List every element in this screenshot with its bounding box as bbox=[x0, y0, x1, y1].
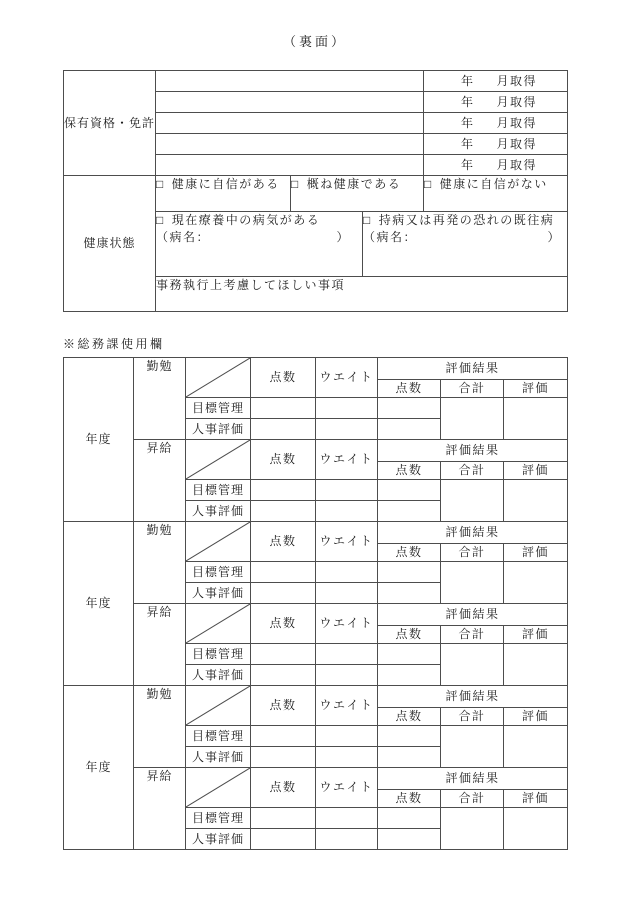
input-cell[interactable] bbox=[251, 583, 316, 604]
diagonal-line-icon bbox=[186, 522, 250, 561]
score-header: 点数 bbox=[251, 604, 316, 644]
grade-input-cell[interactable] bbox=[504, 726, 568, 768]
condition-label: 現在療養中の病気がある bbox=[172, 213, 321, 227]
input-cell[interactable] bbox=[316, 419, 378, 440]
grade-header: 評価 bbox=[504, 626, 568, 644]
weight-header: ウエイト bbox=[316, 358, 378, 398]
input-cell[interactable] bbox=[378, 829, 441, 850]
input-cell[interactable] bbox=[251, 562, 316, 583]
grade-header: 評価 bbox=[504, 380, 568, 398]
total-header: 合計 bbox=[441, 790, 504, 808]
score-header: 点数 bbox=[251, 440, 316, 480]
input-cell[interactable] bbox=[251, 644, 316, 665]
grade-input-cell[interactable] bbox=[504, 644, 568, 686]
input-cell[interactable] bbox=[316, 583, 378, 604]
input-cell[interactable] bbox=[251, 501, 316, 522]
row-label-personnel-evaluation: 人事評価 bbox=[186, 583, 251, 604]
disease-name-close: ） bbox=[548, 229, 562, 246]
acquired-date-cell[interactable]: 年月取得 bbox=[424, 71, 568, 92]
health-option-label: 健康に自信がある bbox=[172, 177, 280, 191]
disease-name-field[interactable]: （病名：） bbox=[156, 229, 362, 246]
page-title: （裏面） bbox=[0, 31, 630, 50]
disease-name-open: （病名： bbox=[156, 229, 210, 246]
input-cell[interactable] bbox=[251, 480, 316, 501]
month-acquired-label: 月取得 bbox=[497, 136, 538, 153]
total-input-cell[interactable] bbox=[441, 398, 504, 440]
input-cell[interactable] bbox=[316, 665, 378, 686]
weight-header: ウエイト bbox=[316, 686, 378, 726]
disease-name-field[interactable]: （病名：） bbox=[363, 229, 567, 246]
year-label: 年 bbox=[461, 115, 475, 132]
result-header: 評価結果 bbox=[378, 604, 568, 626]
year-label-cell: 年度 bbox=[64, 686, 134, 850]
score-header: 点数 bbox=[251, 358, 316, 398]
note-label: 事務執行上考慮してほしい事項 bbox=[156, 278, 345, 292]
condition-text: □現在療養中の病気がある bbox=[156, 212, 362, 229]
diagonal-header-cell bbox=[186, 686, 251, 726]
year-label-cell: 年度 bbox=[64, 522, 134, 686]
group-label-raise: 昇給 bbox=[134, 440, 186, 522]
total-input-cell[interactable] bbox=[441, 808, 504, 850]
eval-header-row: 昇給 点数 ウエイト 評価結果 bbox=[64, 604, 568, 626]
result-score-header: 点数 bbox=[378, 626, 441, 644]
month-acquired-label: 月取得 bbox=[497, 94, 538, 111]
diagonal-line-icon bbox=[186, 440, 250, 479]
diagonal-line-icon bbox=[186, 604, 250, 643]
total-input-cell[interactable] bbox=[441, 562, 504, 604]
input-cell[interactable] bbox=[316, 562, 378, 583]
score-header: 点数 bbox=[251, 686, 316, 726]
eval-header-row: 年度 勤勉 点数 ウエイト 評価結果 bbox=[64, 522, 568, 544]
grade-header: 評価 bbox=[504, 708, 568, 726]
total-input-cell[interactable] bbox=[441, 644, 504, 686]
input-cell[interactable] bbox=[378, 808, 441, 829]
row-label-goal-management: 目標管理 bbox=[186, 726, 251, 747]
qualification-input-cell[interactable] bbox=[156, 71, 424, 92]
acquired-date-text: 年月取得 bbox=[424, 157, 567, 174]
diagonal-header-cell bbox=[186, 604, 251, 644]
row-label-goal-management: 目標管理 bbox=[186, 808, 251, 829]
grade-input-cell[interactable] bbox=[504, 398, 568, 440]
input-cell[interactable] bbox=[251, 808, 316, 829]
result-header: 評価結果 bbox=[378, 358, 568, 380]
diagonal-header-cell bbox=[186, 522, 251, 562]
total-header: 合計 bbox=[441, 626, 504, 644]
form-page: （裏面） 保有資格・免許 年月取得 年月取得 bbox=[0, 0, 630, 903]
grade-input-cell[interactable] bbox=[504, 562, 568, 604]
acquired-date-text: 年月取得 bbox=[424, 94, 567, 111]
row-label-goal-management: 目標管理 bbox=[186, 398, 251, 419]
checkbox-icon[interactable]: □ bbox=[363, 213, 372, 227]
result-header: 評価結果 bbox=[378, 440, 568, 462]
result-header: 評価結果 bbox=[378, 522, 568, 544]
input-cell[interactable] bbox=[316, 480, 378, 501]
admin-evaluation-table: 年度 勤勉 点数 ウエイト 評価結果 点数 合計 評価 目標管理 人事評価 bbox=[63, 357, 568, 850]
personal-info-table: 保有資格・免許 年月取得 年月取得 年月取得 bbox=[63, 70, 568, 312]
diagonal-line-icon bbox=[186, 686, 250, 725]
input-cell[interactable] bbox=[378, 747, 441, 768]
total-header: 合計 bbox=[441, 462, 504, 480]
disease-name-open: （病名： bbox=[363, 229, 417, 246]
diagonal-header-cell bbox=[186, 358, 251, 398]
condition-chronic-illness: □持病又は再発の恐れの既往病 （病名：） bbox=[363, 212, 568, 277]
input-cell[interactable] bbox=[378, 480, 441, 501]
group-label-diligence: 勤勉 bbox=[134, 522, 186, 604]
score-header: 点数 bbox=[251, 768, 316, 808]
input-cell[interactable] bbox=[378, 726, 441, 747]
eval-header-row: 昇給 点数 ウエイト 評価結果 bbox=[64, 440, 568, 462]
acquired-date-cell[interactable]: 年月取得 bbox=[424, 92, 568, 113]
input-cell[interactable] bbox=[251, 747, 316, 768]
input-cell[interactable] bbox=[378, 583, 441, 604]
row-label-goal-management: 目標管理 bbox=[186, 562, 251, 583]
qualifications-label: 保有資格・免許 bbox=[64, 71, 156, 176]
result-score-header: 点数 bbox=[378, 708, 441, 726]
grade-input-cell[interactable] bbox=[504, 808, 568, 850]
total-header: 合計 bbox=[441, 380, 504, 398]
diagonal-line-icon bbox=[186, 358, 250, 397]
row-label-personnel-evaluation: 人事評価 bbox=[186, 829, 251, 850]
acquired-date-text: 年月取得 bbox=[424, 73, 567, 90]
input-cell[interactable] bbox=[316, 808, 378, 829]
grade-header: 評価 bbox=[504, 544, 568, 562]
year-label: 年 bbox=[461, 94, 475, 111]
input-cell[interactable] bbox=[378, 398, 441, 419]
qualification-input-cell[interactable] bbox=[156, 92, 424, 113]
month-acquired-label: 月取得 bbox=[497, 73, 538, 90]
score-header: 点数 bbox=[251, 522, 316, 562]
qualification-row: 保有資格・免許 年月取得 bbox=[64, 71, 568, 92]
result-header: 評価結果 bbox=[378, 686, 568, 708]
input-cell[interactable] bbox=[316, 829, 378, 850]
input-cell[interactable] bbox=[251, 665, 316, 686]
admin-section-label: ※総務課使用欄 bbox=[63, 335, 165, 352]
weight-header: ウエイト bbox=[316, 604, 378, 644]
condition-current-illness: □現在療養中の病気がある （病名：） bbox=[156, 212, 363, 277]
eval-header-row: 年度 勤勉 点数 ウエイト 評価結果 bbox=[64, 358, 568, 380]
input-cell[interactable] bbox=[251, 829, 316, 850]
condition-label: 持病又は再発の恐れの既往病 bbox=[379, 213, 555, 227]
weight-header: ウエイト bbox=[316, 440, 378, 480]
acquired-date-cell[interactable]: 年月取得 bbox=[424, 155, 568, 176]
input-cell[interactable] bbox=[316, 398, 378, 419]
weight-header: ウエイト bbox=[316, 768, 378, 808]
group-label-raise: 昇給 bbox=[134, 768, 186, 850]
group-label-diligence: 勤勉 bbox=[134, 358, 186, 440]
checkbox-icon[interactable]: □ bbox=[424, 177, 433, 191]
checkbox-icon[interactable]: □ bbox=[156, 177, 165, 191]
group-label-raise: 昇給 bbox=[134, 604, 186, 686]
acquired-date-text: 年月取得 bbox=[424, 115, 567, 132]
health-label: 健康状態 bbox=[64, 176, 156, 312]
diagonal-header-cell bbox=[186, 440, 251, 480]
weight-header: ウエイト bbox=[316, 522, 378, 562]
acquired-date-cell[interactable]: 年月取得 bbox=[424, 113, 568, 134]
row-label-personnel-evaluation: 人事評価 bbox=[186, 747, 251, 768]
input-cell[interactable] bbox=[316, 726, 378, 747]
year-label: 年 bbox=[461, 73, 475, 90]
grade-header: 評価 bbox=[504, 790, 568, 808]
row-label-personnel-evaluation: 人事評価 bbox=[186, 501, 251, 522]
qualification-input-cell[interactable] bbox=[156, 134, 424, 155]
result-score-header: 点数 bbox=[378, 380, 441, 398]
health-option-confident: □健康に自信がある bbox=[156, 176, 291, 212]
qualification-input-cell[interactable] bbox=[156, 113, 424, 134]
total-header: 合計 bbox=[441, 544, 504, 562]
result-score-header: 点数 bbox=[378, 790, 441, 808]
input-cell[interactable] bbox=[251, 398, 316, 419]
row-label-personnel-evaluation: 人事評価 bbox=[186, 419, 251, 440]
input-cell[interactable] bbox=[251, 419, 316, 440]
input-cell[interactable] bbox=[378, 419, 441, 440]
eval-header-row: 年度 勤勉 点数 ウエイト 評価結果 bbox=[64, 686, 568, 708]
input-cell[interactable] bbox=[378, 562, 441, 583]
diagonal-header-cell bbox=[186, 768, 251, 808]
condition-text: □持病又は再発の恐れの既往病 bbox=[363, 212, 567, 229]
health-option-not-confident: □健康に自信がない bbox=[424, 176, 568, 212]
health-option-label: 概ね健康である bbox=[307, 177, 402, 191]
input-cell[interactable] bbox=[378, 665, 441, 686]
result-score-header: 点数 bbox=[378, 462, 441, 480]
eval-header-row: 昇給 点数 ウエイト 評価結果 bbox=[64, 768, 568, 790]
year-label: 年 bbox=[461, 136, 475, 153]
result-header: 評価結果 bbox=[378, 768, 568, 790]
row-label-goal-management: 目標管理 bbox=[186, 644, 251, 665]
checkbox-icon[interactable]: □ bbox=[156, 213, 165, 227]
month-acquired-label: 月取得 bbox=[497, 115, 538, 132]
disease-name-close: ） bbox=[336, 229, 350, 246]
year-label-cell: 年度 bbox=[64, 358, 134, 522]
checkbox-icon[interactable]: □ bbox=[291, 177, 300, 191]
group-label-diligence: 勤勉 bbox=[134, 686, 186, 768]
health-option-mostly-healthy: □概ね健康である bbox=[291, 176, 424, 212]
acquired-date-text: 年月取得 bbox=[424, 136, 567, 153]
health-options-row: 健康状態 □健康に自信がある □概ね健康である □健康に自信がない bbox=[64, 176, 568, 212]
qualification-input-cell[interactable] bbox=[156, 155, 424, 176]
row-label-goal-management: 目標管理 bbox=[186, 480, 251, 501]
result-score-header: 点数 bbox=[378, 544, 441, 562]
total-input-cell[interactable] bbox=[441, 726, 504, 768]
year-label: 年 bbox=[461, 157, 475, 174]
input-cell[interactable] bbox=[378, 644, 441, 665]
total-header: 合計 bbox=[441, 708, 504, 726]
row-label-personnel-evaluation: 人事評価 bbox=[186, 665, 251, 686]
grade-input-cell[interactable] bbox=[504, 480, 568, 522]
acquired-date-cell[interactable]: 年月取得 bbox=[424, 134, 568, 155]
input-cell[interactable] bbox=[316, 747, 378, 768]
note-input-cell[interactable]: 事務執行上考慮してほしい事項 bbox=[156, 277, 568, 312]
input-cell[interactable] bbox=[316, 501, 378, 522]
grade-header: 評価 bbox=[504, 462, 568, 480]
diagonal-line-icon bbox=[186, 768, 250, 807]
total-input-cell[interactable] bbox=[441, 480, 504, 522]
input-cell[interactable] bbox=[378, 501, 441, 522]
input-cell[interactable] bbox=[251, 726, 316, 747]
month-acquired-label: 月取得 bbox=[497, 157, 538, 174]
input-cell[interactable] bbox=[316, 644, 378, 665]
health-option-label: 健康に自信がない bbox=[440, 177, 548, 191]
